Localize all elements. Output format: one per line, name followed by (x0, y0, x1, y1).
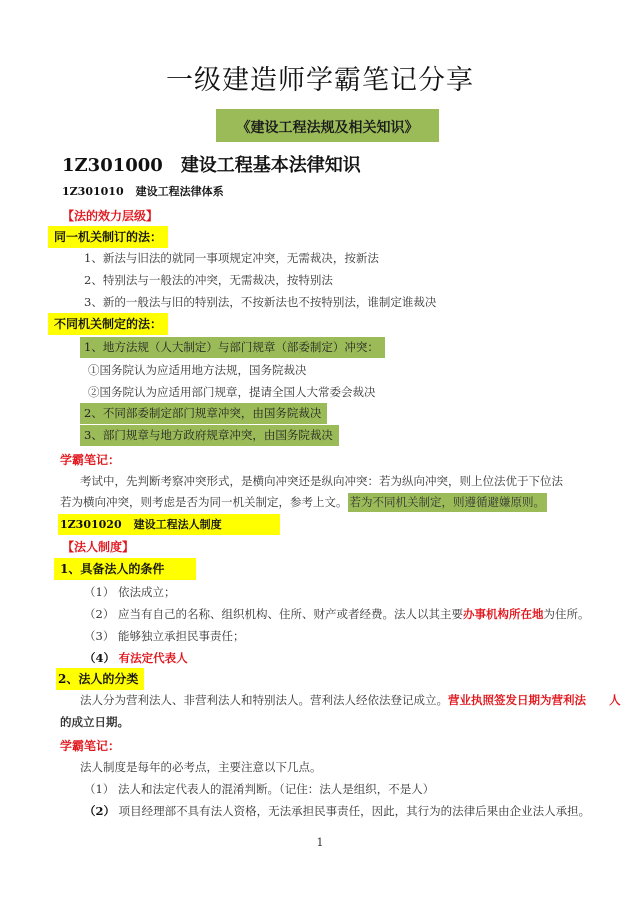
condition-2-end: 为住所。 (543, 607, 589, 621)
section-heading-1z301020: 1Z301020建设工程法人制度 (58, 514, 280, 535)
notes-2-item-2: （2） 项目经理部不具有法人资格，无法承担民事责任，因此，其行为的法律后果由企业… (84, 803, 590, 819)
chapter-code: 1Z301000 (62, 155, 163, 176)
same-organ-item-3: 3、新的一般法与旧的特别法，不按新法也不按特别法，谁制定谁裁决 (84, 294, 436, 310)
notes-label-2: 学霸笔记： (60, 737, 120, 754)
classification-emphasis: 营业执照签发日期为营利法 人 (448, 693, 621, 707)
same-organ-label: 同一机关制订的法： (48, 226, 168, 248)
notes-1-line-2-highlight: 若为不同机关制定，则遵循避嫌原则。 (348, 493, 548, 512)
notes-1-line-2: 若为横向冲突，则考虑是否为同一机关制定，参考上文。若为不同机关制定，则遵循避嫌原… (60, 494, 547, 510)
topic-tag-legal-person: 【法人制度】 (62, 538, 134, 555)
condition-4-emphasis: 有法定代表人 (119, 651, 188, 665)
same-organ-item-1: 1、新法与旧法的就同一事项规定冲突，无需裁决，按新法 (84, 250, 379, 266)
section-code: 1Z301020 (60, 518, 122, 531)
condition-2-plain: （2） 应当有自己的名称、组织机构、住所、财产或者经费。法人以其主要 (84, 607, 463, 621)
diff-organ-sub-2: ②国务院认为应适用部门规章，提请全国人大常委会裁决 (88, 384, 376, 400)
notes-label-1: 学霸笔记： (60, 451, 120, 468)
conditions-label: 1、具备法人的条件 (54, 558, 196, 580)
page-number: 1 (0, 836, 640, 849)
diff-organ-item-2: 2、不同部委制定部门规章冲突，由国务院裁决 (80, 403, 327, 424)
condition-2-emphasis: 办事机构所在地 (463, 607, 544, 621)
condition-3: （3） 能够独立承担民事责任； (84, 628, 244, 644)
notes-2-item-2-text: 项目经理部不具有法人资格，无法承担民事责任，因此，其行为的法律后果由企业法人承担… (115, 804, 590, 818)
section-code: 1Z301010 (62, 185, 124, 198)
section-heading-1z301010: 1Z301010建设工程法律体系 (62, 183, 224, 199)
section-title: 建设工程法律体系 (136, 185, 224, 198)
subject-title: 《建设工程法规及相关知识》 (216, 117, 439, 137)
diff-organ-sub-1: ①国务院认为应适用地方法规，国务院裁决 (88, 362, 307, 378)
diff-organ-item-3: 3、部门规章与地方政府规章冲突，由国务院裁决 (80, 425, 339, 446)
condition-4: （4） 有法定代表人 (84, 650, 188, 666)
notes-2-item-1: （1） 法人和法定代表人的混淆判断。（记住：法人是组织，不是人） (84, 781, 434, 797)
notes-1-line-1: 考试中，先判断考察冲突形式，是横向冲突还是纵向冲突：若为纵向冲突，则上位法优于下… (80, 473, 563, 489)
chapter-title: 建设工程基本法律知识 (181, 155, 361, 176)
notes-1-line-2-plain: 若为横向冲突，则考虑是否为同一机关制定，参考上文。 (60, 495, 348, 509)
topic-tag-law-hierarchy: 【法的效力层级】 (62, 207, 158, 224)
condition-2: （2） 应当有自己的名称、组织机构、住所、财产或者经费。法人以其主要办事机构所在… (84, 606, 589, 622)
classification-label: 2、法人的分类 (56, 668, 144, 690)
section-title: 建设工程法人制度 (134, 518, 222, 531)
document-title: 一级建造师学霸笔记分享 (0, 58, 640, 97)
condition-1: （1） 依法成立； (84, 584, 175, 600)
same-organ-item-2: 2、特别法与一般法的冲突，无需裁决，按特别法 (84, 272, 333, 288)
notes-2-intro: 法人制度是每年的必考点，主要注意以下几点。 (80, 759, 322, 775)
classification-line-1: 法人分为营利法人、非营利法人和特别法人。营利法人经依法登记成立。营业执照签发日期… (80, 692, 621, 708)
classification-plain: 法人分为营利法人、非营利法人和特别法人。营利法人经依法登记成立。 (80, 693, 448, 707)
diff-organ-item-1: 1、地方法规（人大制定）与部门规章（部委制定）冲突： (80, 337, 385, 358)
notes-2-item-2-num: （2） (84, 804, 115, 818)
condition-4-num: （4） (84, 651, 115, 665)
chapter-heading: 1Z301000建设工程基本法律知识 (62, 151, 361, 177)
classification-line-2: 的成立日期。 (60, 714, 129, 730)
diff-organ-label: 不同机关制定的法： (48, 313, 168, 335)
